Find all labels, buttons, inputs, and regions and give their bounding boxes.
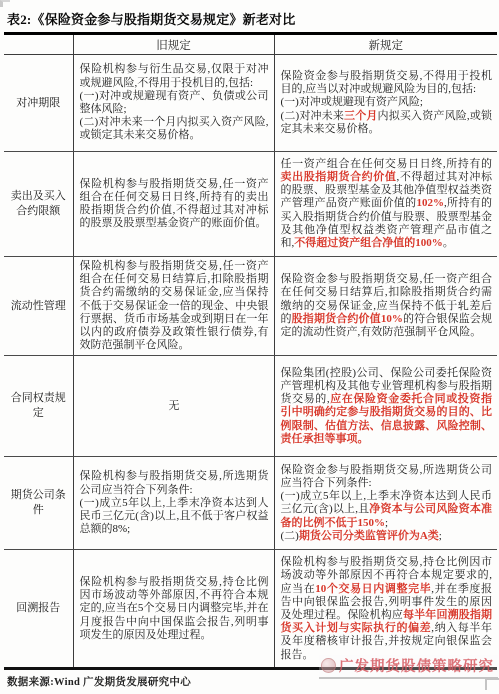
regulation-text: 保险机构参与股指期货交易,持仓比例因市场波动等外部原因,不再符合本规定的,应当在… [80,576,269,641]
table-row: 对冲期限保险机构参与衍生品交易,仅限于对冲或规避风险,不得用于投机目的,包括: … [4,55,497,152]
old-regulation-cell: 保险机构参与衍生品交易,仅限于对冲或规避风险,不得用于投机目的,包括: (一)对… [73,55,274,152]
regulation-text: 保险机构参与衍生品交易,仅限于对冲或规避风险,不得用于投机目的,包括: (一)对… [80,63,269,141]
highlighted-text: 股指期货合约价值10% [292,313,403,325]
watermark-text: 广发期货股债策略研究 [339,655,494,676]
table-row: 回溯报告保险机构参与股指期货交易,持仓比例因市场波动等外部原因,不再符合本规定的… [4,550,497,669]
highlighted-text: 卖出股指期货合约价值 [281,171,397,183]
regulation-text: 保险机构参与股指期货交易,所选期货公司应当符合下列条件: (一)成立5年以上,上… [80,470,269,535]
scan-artifact-top-left [0,0,10,7]
new-regulation-cell: 保险资金参与股指期货交易,所选期货公司应当符合下列条件: (一)成立5年以上,上… [274,457,497,550]
table-row: 期货公司条件保险机构参与股指期货交易,所选期货公司应当符合下列条件: (一)成立… [4,457,497,550]
highlighted-text: 102% [416,197,444,209]
old-regulation-cell: 保险机构参与股指期货交易,持仓比例因市场波动等外部原因,不再符合本规定的,应当在… [73,550,274,669]
report-page: { "title": "表2:《保险资金参与股指期货交易规定》新老对比", "c… [0,0,499,694]
regulation-text: 无 [169,400,180,412]
gf-futures-logo-icon [321,658,336,673]
table-row: 流动性管理保险机构参与股指期货交易,任一资产组合在任何交易日结算后,扣除股指期货… [4,257,497,356]
regulation-text: ; [439,530,442,542]
new-regulation-cell: 保险资金参与股指期货交易,不得用于投机目的,应当以对冲或规避风险为目的,包括: … [274,55,497,152]
row-label: 卖出及买入合约限额 [4,152,73,257]
new-regulation-cell: 保险资金参与股指期货交易,任一资产组合在任何交易日结算后,扣除股指期货合约需缴纳… [274,257,497,356]
highlighted-text: 期货公司分类监管评价为A类 [299,530,439,542]
regulation-text: 保险机构参与股指期货交易,任一资产组合在任何交易日日终,所持有的卖出股指期货合约… [80,178,269,230]
header-old-regulation: 旧规定 [73,34,274,55]
header-empty-cell [4,34,73,55]
highlighted-text: 10个交易日内调整完毕 [315,583,431,595]
header-new-regulation: 新规定 [274,34,497,55]
table-title: 表2:《保险资金参与股指期货交易规定》新老对比 [0,0,499,32]
row-label: 流动性管理 [4,257,73,356]
highlighted-text: 三个月 [344,110,378,122]
row-label: 期货公司条件 [4,457,73,550]
regulation-text: 保险机构参与股指期货交易,任一资产组合在任何交易日结算后,扣除股指期货合约需缴纳… [80,260,269,351]
old-regulation-cell: 保险机构参与股指期货交易,任一资产组合在任何交易日日终,所持有的卖出股指期货合约… [73,152,274,257]
row-label: 合同权责规定 [4,356,73,457]
table-body: 对冲期限保险机构参与衍生品交易,仅限于对冲或规避风险,不得用于投机目的,包括: … [4,55,497,669]
new-regulation-cell: 保险机构参与股指期货交易,持仓比例因市场波动等外部原因不再符合本规定要求的,应当… [274,550,497,669]
table-row: 卖出及买入合约限额保险机构参与股指期货交易,任一资产组合在任何交易日日终,所持有… [4,152,497,257]
document: 表2:《保险资金参与股指期货交易规定》新老对比 旧规定 新规定 对冲期限保险机构… [0,0,499,694]
highlighted-text: 不得超过资产组合净值的100% [294,237,443,249]
regulation-text: 。 [443,237,454,249]
old-regulation-cell: 保险机构参与股指期货交易,所选期货公司应当符合下列条件: (一)成立5年以上,上… [73,457,274,550]
row-label: 回溯报告 [4,550,73,669]
regulation-text: 任一资产组合在任何交易日日终,所持有的 [281,158,493,170]
table-row: 合同权责规定无保险集团(控股)公司、保险公司委托保险资产管理机构及其他专业管理机… [4,356,497,457]
data-source: 数据来源:Wind 广发期货发展研究中心 [7,674,191,689]
row-label: 对冲期限 [4,55,73,152]
regulation-comparison-table: 旧规定 新规定 对冲期限保险机构参与衍生品交易,仅限于对冲或规避风险,不得用于投… [4,32,497,670]
watermark: 广发期货股债策略研究 [319,655,498,679]
new-regulation-cell: 任一资产组合在任何交易日日终,所持有的卖出股指期货合约价值,不得超过其对冲标的股… [274,152,497,257]
old-regulation-cell: 无 [73,356,274,457]
old-regulation-cell: 保险机构参与股指期货交易,任一资产组合在任何交易日结算后,扣除股指期货合约需缴纳… [73,257,274,356]
new-regulation-cell: 保险集团(控股)公司、保险公司委托保险资产管理机构及其他专业管理机构参与股指期货… [274,356,497,457]
header-row: 旧规定 新规定 [4,34,497,55]
scan-artifact-bottom-right [485,678,499,690]
